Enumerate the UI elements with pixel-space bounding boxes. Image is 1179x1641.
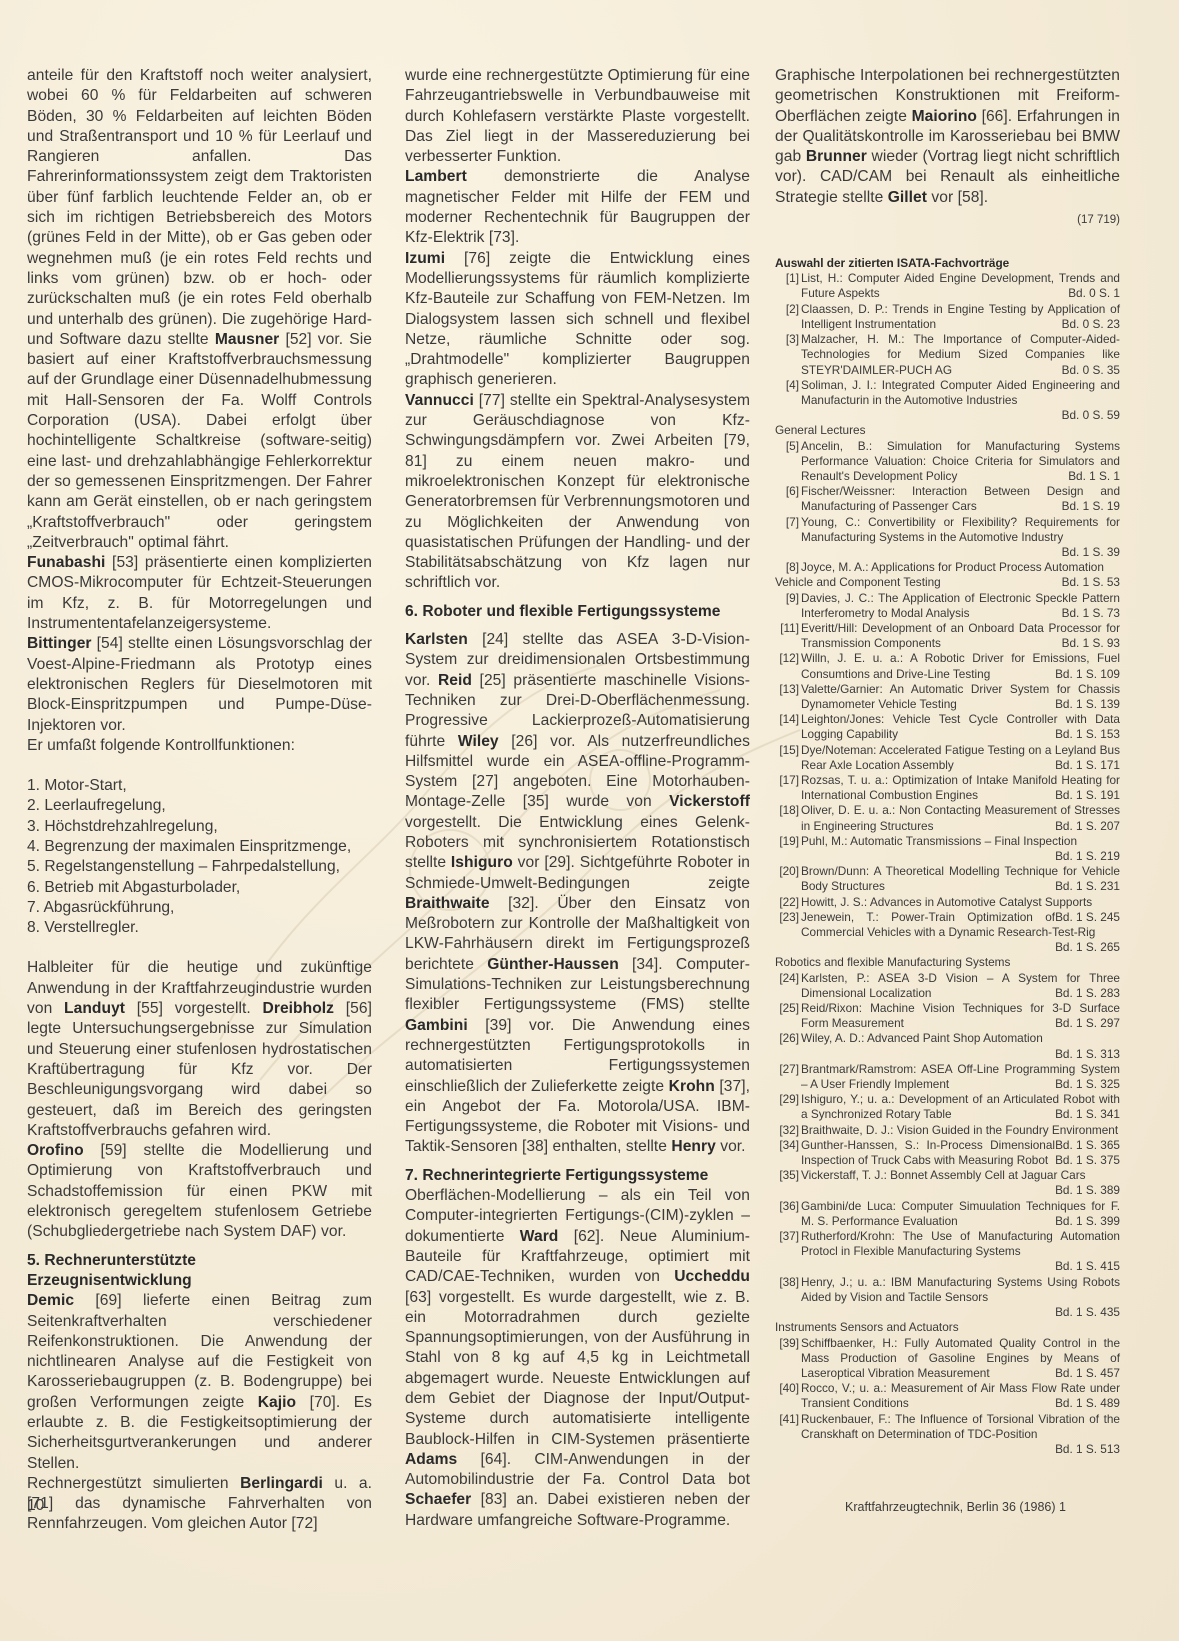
reference-number: [1] xyxy=(775,271,799,286)
reference-volume: Bd. 0 S. 1 xyxy=(1068,286,1120,301)
reference-number: [15] xyxy=(775,743,799,758)
reference-text: Ruckenbauer, F.: The Influence of Torsio… xyxy=(801,1412,1120,1441)
reference-text: Gunther-Hanssen, S.: In-Process Dimensio… xyxy=(801,1138,1055,1167)
reference-volume: Bd. 0 S. 35 xyxy=(1062,363,1120,378)
references-list: [1]List, H.: Computer Aided Engine Devel… xyxy=(775,271,1120,1457)
reference-volume: Bd. 1 S. 39 xyxy=(801,545,1120,560)
magazine-page: anteile für den Kraftstoff noch weiter a… xyxy=(0,0,1179,1641)
reference-volume: Bd. 1 S. 457 xyxy=(1055,1366,1120,1381)
section-heading-6: 6. Roboter und flexible Fertigungssystem… xyxy=(405,602,750,622)
reference-text: Puhl, M.: Automatic Transmissions – Fina… xyxy=(801,834,1077,848)
reference-item: [41]Ruckenbauer, F.: The Influence of To… xyxy=(775,1412,1120,1458)
reference-category: General Lectures xyxy=(775,423,1120,438)
reference-item: [18]Oliver, D. E. u. a.: Non Contacting … xyxy=(775,803,1120,833)
reference-item: [34]Gunther-Hanssen, S.: In-Process Dime… xyxy=(775,1138,1120,1168)
reference-text: Young, C.: Convertibility or Flexibility… xyxy=(801,515,1120,544)
reference-volume: Bd. 1 S. 1 xyxy=(1068,469,1120,484)
reference-volume: Bd. 1 S. 73 xyxy=(1062,606,1120,621)
paragraph: Lambert demonstrierte die Analyse magnet… xyxy=(405,167,750,248)
reference-volume: Bd. 1 S. 231 xyxy=(1055,879,1120,894)
list-item: 5. Regelstangenstellung – Fahrpedalstell… xyxy=(27,857,372,877)
list-item: 1. Motor-Start, xyxy=(27,776,372,796)
reference-volume: Bd. 1 S. 435 xyxy=(801,1305,1120,1320)
reference-volume: Bd. 1 S. 171 xyxy=(1055,758,1120,773)
paragraph: Graphische Interpolationen bei rechnerge… xyxy=(775,66,1120,208)
reference-item: [9]Davies, J. C.: The Application of Ele… xyxy=(775,591,1120,621)
reference-number: [27] xyxy=(775,1062,799,1077)
reference-number: [38] xyxy=(775,1275,799,1290)
reference-number: [5] xyxy=(775,439,799,454)
reference-volume: Bd. 1 S. 191 xyxy=(1055,788,1120,803)
reference-volume: Bd. 1 S. 283 xyxy=(1055,986,1120,1001)
paragraph: Orofino [59] stellte die Modellierung un… xyxy=(27,1141,372,1242)
reference-text: Braithwaite, D. J.: Vision Guided in the… xyxy=(801,1123,1118,1137)
reference-volume: Bd. 0 S. 59 xyxy=(801,408,1120,423)
reference-text: Howitt, J. S.: Advances in Automotive Ca… xyxy=(801,895,1092,909)
reference-volume: Bd. 1 S. 93 xyxy=(1062,636,1120,651)
reference-item: [4]Soliman, J. I.: Integrated Computer A… xyxy=(775,378,1120,424)
reference-number: [11] xyxy=(775,621,799,636)
reference-item: [11]Everitt/Hill: Development of an Onbo… xyxy=(775,621,1120,651)
reference-item: [40]Rocco, V.; u. a.: Measurement of Air… xyxy=(775,1381,1120,1411)
paragraph: Halbleiter für die heutige und zukünftig… xyxy=(27,958,372,1141)
reference-item: [13]Valette/Garnier: An Automatic Driver… xyxy=(775,682,1120,712)
list-item: 8. Verstellregler. xyxy=(27,918,372,938)
reference-number: [34] xyxy=(775,1138,799,1153)
reference-text: Jenewein, T.: Power-Train Optimization o… xyxy=(801,910,1095,939)
reference-number: [23] xyxy=(775,910,799,925)
reference-volume: Bd. 1 S. 19 xyxy=(1062,499,1120,514)
references-title: Auswahl der zitierten ISATA-Fachvorträge xyxy=(775,256,1120,271)
reference-number: [35] xyxy=(775,1168,799,1183)
list-item: 7. Abgasrückführung, xyxy=(27,898,372,918)
paragraph: Demic [69] lieferte einen Beitrag zum Se… xyxy=(27,1291,372,1474)
reference-number: [36] xyxy=(775,1199,799,1214)
reference-item: [19]Puhl, M.: Automatic Transmissions – … xyxy=(775,834,1120,864)
reference-item: [29]Ishiguro, Y.; u. a.: Development of … xyxy=(775,1092,1120,1122)
reference-volume: Bd. 1 S. 109 xyxy=(1055,667,1120,682)
reference-volume: Bd. 1 S. 313 xyxy=(801,1047,1120,1062)
reference-number: [7] xyxy=(775,515,799,530)
reference-number: [9] xyxy=(775,591,799,606)
reference-number: [4] xyxy=(775,378,799,393)
reference-item: [26]Wiley, A. D.: Advanced Paint Shop Au… xyxy=(775,1031,1120,1061)
control-functions-list: 1. Motor-Start, 2. Leerlaufregelung, 3. … xyxy=(27,776,372,938)
reference-number: [18] xyxy=(775,803,799,818)
reference-volume: Bd. 1 S. 415 xyxy=(801,1259,1120,1274)
reference-item: [7]Young, C.: Convertibility or Flexibil… xyxy=(775,515,1120,561)
reference-number: [40] xyxy=(775,1381,799,1396)
reference-item: [17]Rozsas, T. u. a.: Optimization of In… xyxy=(775,773,1120,803)
reference-category: Robotics and flexible Manufacturing Syst… xyxy=(775,955,1120,970)
paragraph: anteile für den Kraftstoff noch weiter a… xyxy=(27,66,372,553)
reference-item: [15]Dye/Noteman: Accelerated Fatigue Tes… xyxy=(775,743,1120,773)
column-2: wurde eine rechnergestützte Optimierung … xyxy=(405,66,750,1531)
list-item: 6. Betrieb mit Abgasturbolader, xyxy=(27,878,372,898)
reference-number: [26] xyxy=(775,1031,799,1046)
reference-volume: Bd. 1 S. 297 xyxy=(1055,1016,1120,1031)
reference-number: [20] xyxy=(775,864,799,879)
reference-number: [37] xyxy=(775,1229,799,1244)
column-1: anteile für den Kraftstoff noch weiter a… xyxy=(27,66,372,1535)
reference-number: [6] xyxy=(775,484,799,499)
section-heading-5: 5. RechnerunterstützteErzeugnisentwicklu… xyxy=(27,1251,372,1292)
reference-number: [19] xyxy=(775,834,799,849)
reference-item: [36]Gambini/de Luca: Computer Simuulatio… xyxy=(775,1199,1120,1229)
reference-number: [17] xyxy=(775,773,799,788)
reference-volume: Bd. 1 S. 341 xyxy=(1055,1107,1120,1122)
list-item: 2. Leerlaufregelung, xyxy=(27,796,372,816)
reference-number: [39] xyxy=(775,1336,799,1351)
paragraph: Izumi [76] zeigte die Entwicklung eines … xyxy=(405,249,750,391)
reference-item: [22]Howitt, J. S.: Advances in Automotiv… xyxy=(775,895,1120,910)
reference-item: [14]Leighton/Jones: Vehicle Test Cycle C… xyxy=(775,712,1120,742)
reference-text: Wiley, A. D.: Advanced Paint Shop Automa… xyxy=(801,1031,1043,1045)
reference-item: [5]Ancelin, B.: Simulation for Manufactu… xyxy=(775,439,1120,485)
list-item: 4. Begrenzung der maximalen Einspritzmen… xyxy=(27,837,372,857)
reference-volume: Bd. 1 S. 513 xyxy=(801,1442,1120,1457)
reference-number: [32] xyxy=(775,1123,799,1138)
reference-item: [38]Henry, J.; u. a.: IBM Manufacturing … xyxy=(775,1275,1120,1321)
paragraph: Er umfaßt folgende Kontrollfunktionen: xyxy=(27,736,372,756)
reference-item: [39]Schiffbaenker, H.: Fully Automated Q… xyxy=(775,1336,1120,1382)
paragraph: Vannucci [77] stellte ein Spektral-Analy… xyxy=(405,391,750,594)
reference-item: [32]Braithwaite, D. J.: Vision Guided in… xyxy=(775,1123,1120,1138)
reference-item: [6]Fischer/Weissner: Interaction Between… xyxy=(775,484,1120,514)
reference-category: Instruments Sensors and Actuators xyxy=(775,1320,1120,1335)
paragraph: Karlsten [24] stellte das ASEA 3-D-Visio… xyxy=(405,630,750,1158)
reference-number: [22] xyxy=(775,895,799,910)
reference-number: [41] xyxy=(775,1412,799,1427)
journal-citation: Kraftfahrzeugtechnik, Berlin 36 (1986) 1 xyxy=(845,1500,1066,1514)
reference-item: [8]Joyce, M. A.: Applications for Produc… xyxy=(775,560,1120,575)
reference-item: [35]Vickerstaff, T. J.: Bonnet Assembly … xyxy=(775,1168,1120,1198)
section-heading-7: 7. Rechnerintegrierte Fertigungssysteme xyxy=(405,1166,750,1186)
reference-item: [3]Malzacher, H. M.: The Importance of C… xyxy=(775,332,1120,378)
reference-volume: Bd. 0 S. 23 xyxy=(1062,317,1120,332)
reference-item: [2]Claassen, D. P.: Trends in Engine Tes… xyxy=(775,302,1120,332)
reference-item: [24]Karlsten, P.: ASEA 3-D Vision – A Sy… xyxy=(775,971,1120,1001)
reference-item: [25]Reid/Rixon: Machine Vision Technique… xyxy=(775,1001,1120,1031)
reference-volume: Bd. 1 S. 53 xyxy=(1062,575,1120,590)
paragraph: wurde eine rechnergestützte Optimierung … xyxy=(405,66,750,167)
reference-text: Joyce, M. A.: Applications for Product P… xyxy=(801,560,1104,574)
reference-item: [27]Brantmark/Ramstrom: ASEA Off-Line Pr… xyxy=(775,1062,1120,1092)
reference-number: [29] xyxy=(775,1092,799,1107)
reference-volume: Bd. 1 S. 325 xyxy=(1055,1077,1120,1092)
reference-volume: Bd. 1 S. 265 xyxy=(801,940,1120,955)
reference-item: [1]List, H.: Computer Aided Engine Devel… xyxy=(775,271,1120,301)
reference-text: Rutherford/Krohn: The Use of Manufacturi… xyxy=(801,1229,1120,1258)
reference-item: [12]Willn, J. E. u. a.: A Robotic Driver… xyxy=(775,651,1120,681)
reference-number: [13] xyxy=(775,682,799,697)
reference-volume: Bd. 1 S. 375 xyxy=(1055,1153,1120,1168)
reference-text: Henry, J.; u. a.: IBM Manufacturing Syst… xyxy=(801,1275,1120,1304)
paragraph: Funabashi [53] präsentierte einen kompli… xyxy=(27,553,372,634)
column-3: Graphische Interpolationen bei rechnerge… xyxy=(775,66,1120,1457)
reference-item: [37]Rutherford/Krohn: The Use of Manufac… xyxy=(775,1229,1120,1275)
reference-item: [23]Jenewein, T.: Power-Train Optimizati… xyxy=(775,910,1120,956)
reference-volume: Bd. 1 S. 139 xyxy=(1055,697,1120,712)
paragraph: Bittinger [54] stellte einen Lösungsvors… xyxy=(27,634,372,735)
reference-volume: Bd. 1 S. 399 xyxy=(1055,1214,1120,1229)
paragraph: Oberflächen-Modellierung – als ein Teil … xyxy=(405,1186,750,1531)
reference-number: [2] xyxy=(775,302,799,317)
page-number: 10 xyxy=(27,1497,44,1515)
reference-volume: Bd. 1 S. 489 xyxy=(1055,1396,1120,1411)
list-item: 3. Höchstdrehzahlregelung, xyxy=(27,817,372,837)
reference-number: [14] xyxy=(775,712,799,727)
reference-volume: Bd. 1 S. 207 xyxy=(1055,819,1120,834)
reference-item: [20]Brown/Dunn: A Theoretical Modelling … xyxy=(775,864,1120,894)
reference-number: [24] xyxy=(775,971,799,986)
reference-number: [12] xyxy=(775,651,799,666)
reference-text: Soliman, J. I.: Integrated Computer Aide… xyxy=(801,378,1120,407)
reference-volume: Bd. 1 S. 153 xyxy=(1055,727,1120,742)
paragraph: Rechnergestützt simulierten Berlingardi … xyxy=(27,1474,372,1535)
reference-volume: Bd. 1 S. 389 xyxy=(801,1183,1120,1198)
reference-volume: Bd. 1 S. 219 xyxy=(801,849,1120,864)
reference-text: Vickerstaff, T. J.: Bonnet Assembly Cell… xyxy=(801,1168,1086,1182)
reference-number: [8] xyxy=(775,560,799,575)
reference-number: [3] xyxy=(775,332,799,347)
article-code: (17 719) xyxy=(775,214,1120,226)
reference-number: [25] xyxy=(775,1001,799,1016)
